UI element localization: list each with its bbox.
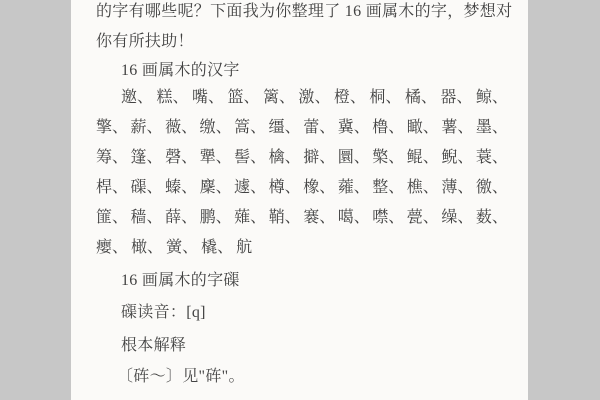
hanzi: 器 xyxy=(440,89,456,106)
hanzi-item: 遽、 xyxy=(234,178,266,198)
enumeration-comma: 、 xyxy=(285,179,301,196)
enumeration-comma: 、 xyxy=(457,209,473,226)
hanzi: 樵 xyxy=(407,179,423,196)
hanzi-item: 橇、 xyxy=(201,238,233,258)
hanzi: 桐 xyxy=(369,89,385,106)
enumeration-comma: 、 xyxy=(423,209,439,226)
hanzi: 橇 xyxy=(201,239,217,256)
enumeration-comma: 、 xyxy=(492,149,508,166)
hanzi: 磬 xyxy=(165,149,181,166)
hanzi: 蕹 xyxy=(338,179,354,196)
hanzi-item: 鞘、 xyxy=(269,208,301,228)
enumeration-comma: 、 xyxy=(147,179,163,196)
hanzi: 橙 xyxy=(334,89,350,106)
hanzi-item: 擗、 xyxy=(303,148,335,168)
hanzi-item: 糕、 xyxy=(156,88,188,108)
section-heading-qu-character: 16 画属木的字磲 xyxy=(121,271,508,291)
enumeration-comma: 、 xyxy=(314,89,330,106)
hanzi: 鲵 xyxy=(441,149,457,166)
hanzi-item: 甍、 xyxy=(407,208,439,228)
hanzi-item: 篷、 xyxy=(131,148,163,168)
hanzi-item: 缴、 xyxy=(200,118,232,138)
enumeration-comma: 、 xyxy=(388,149,404,166)
hanzi: 航 xyxy=(236,239,252,256)
hanzi: 篷 xyxy=(131,149,147,166)
hanzi: 樽 xyxy=(269,179,285,196)
enumeration-comma: 、 xyxy=(250,149,266,166)
enumeration-comma: 、 xyxy=(250,209,266,226)
hanzi-item: 瘿、 xyxy=(96,238,128,258)
hanzi-item: 樽、 xyxy=(269,178,301,198)
hanzi: 筹 xyxy=(96,149,112,166)
enumeration-comma: 、 xyxy=(492,119,508,136)
enumeration-comma: 、 xyxy=(423,179,439,196)
hanzi-item: 桿、 xyxy=(96,178,128,198)
enumeration-comma: 、 xyxy=(423,149,439,166)
enumeration-comma: 、 xyxy=(279,89,295,106)
hanzi: 螓 xyxy=(165,179,181,196)
intro-line-1: 的字有哪些呢？下面我为你整理了 16 画属木的字，梦想对 xyxy=(96,2,508,22)
enumeration-comma: 、 xyxy=(457,179,473,196)
enumeration-comma: 、 xyxy=(457,119,473,136)
hanzi: 檠 xyxy=(372,149,388,166)
hanzi-item: 螓、 xyxy=(165,178,197,198)
hanzi: 缰 xyxy=(269,119,285,136)
hanzi-item: 圜、 xyxy=(338,148,370,168)
hanzi: 橹 xyxy=(372,119,388,136)
hanzi: 糕 xyxy=(156,89,172,106)
enumeration-comma: 、 xyxy=(457,149,473,166)
enumeration-comma: 、 xyxy=(250,179,266,196)
hanzi: 甍 xyxy=(407,209,423,226)
hanzi: 蕾 xyxy=(303,119,319,136)
hanzi-item: 篚、 xyxy=(96,208,128,228)
enumeration-comma: 、 xyxy=(216,179,232,196)
hanzi: 篱 xyxy=(263,89,279,106)
hanzi: 麇 xyxy=(200,179,216,196)
enumeration-comma: 、 xyxy=(354,149,370,166)
hanzi-item: 薛、 xyxy=(165,208,197,228)
hanzi: 薛 xyxy=(165,209,181,226)
hanzi-item: 冀、 xyxy=(338,118,370,138)
enumeration-comma: 、 xyxy=(319,209,335,226)
enumeration-comma: 、 xyxy=(181,119,197,136)
hanzi-item: 缰、 xyxy=(269,118,301,138)
hanzi: 嘴 xyxy=(192,89,208,106)
enumeration-comma: 、 xyxy=(147,239,163,256)
hanzi: 薪 xyxy=(131,119,147,136)
hanzi: 擎 xyxy=(96,119,112,136)
enumeration-comma: 、 xyxy=(112,239,128,256)
enumeration-comma: 、 xyxy=(216,149,232,166)
enumeration-comma: 、 xyxy=(216,119,232,136)
hanzi-item: 徼、 xyxy=(476,178,508,198)
hanzi-item: 麇、 xyxy=(200,178,232,198)
hanzi-item: 蕹、 xyxy=(338,178,370,198)
hanzi-item: 薯、 xyxy=(441,118,473,138)
section-heading-hanzi-list: 16 画属木的汉字 xyxy=(121,61,508,81)
hanzi: 檎 xyxy=(269,149,285,166)
hanzi: 薄 xyxy=(441,179,457,196)
hanzi: 缲 xyxy=(441,209,457,226)
enumeration-comma: 、 xyxy=(319,179,335,196)
enumeration-comma: 、 xyxy=(182,239,198,256)
enumeration-comma: 、 xyxy=(243,89,259,106)
definition-line: 〔砗～〕见"砗"。 xyxy=(117,367,529,387)
hanzi: 犟 xyxy=(200,149,216,166)
enumeration-comma: 、 xyxy=(181,179,197,196)
hanzi: 橄 xyxy=(131,239,147,256)
hanzi-item: 薪、 xyxy=(131,118,163,138)
hanzi-item: 薇、 xyxy=(165,118,197,138)
hanzi: 徼 xyxy=(476,179,492,196)
hanzi-item: 筹、 xyxy=(96,148,128,168)
enumeration-comma: 、 xyxy=(388,179,404,196)
enumeration-comma: 、 xyxy=(492,179,508,196)
hanzi-item: 擎、 xyxy=(96,118,128,138)
hanzi: 薯 xyxy=(441,119,457,136)
hanzi-item: 航 xyxy=(236,238,252,258)
hanzi: 鲸 xyxy=(476,89,492,106)
hanzi-item: 檠、 xyxy=(372,148,404,168)
enumeration-comma: 、 xyxy=(388,119,404,136)
hanzi: 篮 xyxy=(227,89,243,106)
hanzi: 褰 xyxy=(303,209,319,226)
enumeration-comma: 、 xyxy=(285,119,301,136)
enumeration-comma: 、 xyxy=(147,209,163,226)
hanzi-item: 鹏、 xyxy=(200,208,232,228)
hanzi-item: 橡、 xyxy=(303,178,335,198)
enumeration-comma: 、 xyxy=(112,119,128,136)
enumeration-comma: 、 xyxy=(173,89,189,106)
hanzi: 缴 xyxy=(200,119,216,136)
hanzi: 磲 xyxy=(131,179,147,196)
hanzi: 瘿 xyxy=(96,239,112,256)
enumeration-comma: 、 xyxy=(217,239,233,256)
hanzi: 圜 xyxy=(338,149,354,166)
hanzi-item: 鲸、 xyxy=(476,88,508,108)
enumeration-comma: 、 xyxy=(147,149,163,166)
hanzi-item: 篱、 xyxy=(263,88,295,108)
enumeration-comma: 、 xyxy=(350,89,366,106)
hanzi-item: 橙、 xyxy=(334,88,366,108)
hanzi-item: 邀、 xyxy=(121,88,153,108)
hanzi: 黉 xyxy=(166,239,182,256)
hanzi: 邀 xyxy=(121,89,137,106)
hanzi-item: 黉、 xyxy=(166,238,198,258)
enumeration-comma: 、 xyxy=(319,119,335,136)
enumeration-comma: 、 xyxy=(112,149,128,166)
hanzi-item: 蓑、 xyxy=(476,148,508,168)
hanzi-item: 鲲、 xyxy=(407,148,439,168)
enumeration-comma: 、 xyxy=(216,209,232,226)
enumeration-comma: 、 xyxy=(112,209,128,226)
hanzi-item: 穑、 xyxy=(131,208,163,228)
hanzi-item: 瞰、 xyxy=(407,118,439,138)
hanzi: 遽 xyxy=(234,179,250,196)
hanzi-item: 篙、 xyxy=(234,118,266,138)
char-row: 邀、糕、嘴、篮、篱、激、橙、桐、橘、器、鲸、 xyxy=(121,88,508,108)
enumeration-comma: 、 xyxy=(354,119,370,136)
enumeration-comma: 、 xyxy=(137,89,153,106)
hanzi: 墨 xyxy=(476,119,492,136)
char-row: 篚、穑、薛、鹏、薙、鞘、褰、噶、噤、甍、缲、薮、 xyxy=(96,208,508,228)
enumeration-comma: 、 xyxy=(385,89,401,106)
hanzi-item: 薄、 xyxy=(441,178,473,198)
hanzi: 噤 xyxy=(372,209,388,226)
hanzi-item: 樵、 xyxy=(407,178,439,198)
enumeration-comma: 、 xyxy=(181,209,197,226)
enumeration-comma: 、 xyxy=(181,149,197,166)
enumeration-comma: 、 xyxy=(423,119,439,136)
hanzi-item: 整、 xyxy=(372,178,404,198)
hanzi-item: 蕾、 xyxy=(303,118,335,138)
enumeration-comma: 、 xyxy=(285,209,301,226)
hanzi: 冀 xyxy=(338,119,354,136)
hanzi: 蓑 xyxy=(476,149,492,166)
hanzi: 瞰 xyxy=(407,119,423,136)
hanzi: 篚 xyxy=(96,209,112,226)
char-row: 筹、篷、磬、犟、髻、檎、擗、圜、檠、鲲、鲵、蓑、 xyxy=(96,148,508,168)
hanzi-item: 犟、 xyxy=(200,148,232,168)
hanzi-item: 褰、 xyxy=(303,208,335,228)
enumeration-comma: 、 xyxy=(147,119,163,136)
hanzi-item: 橹、 xyxy=(372,118,404,138)
hanzi: 穑 xyxy=(131,209,147,226)
enumeration-comma: 、 xyxy=(492,89,508,106)
hanzi-item: 缲、 xyxy=(441,208,473,228)
hanzi-item: 橘、 xyxy=(405,88,437,108)
enumeration-comma: 、 xyxy=(250,119,266,136)
enumeration-comma: 、 xyxy=(492,209,508,226)
enumeration-comma: 、 xyxy=(112,179,128,196)
hanzi: 橘 xyxy=(405,89,421,106)
enumeration-comma: 、 xyxy=(354,179,370,196)
hanzi-item: 磲、 xyxy=(131,178,163,198)
hanzi-item: 噶、 xyxy=(338,208,370,228)
hanzi: 桿 xyxy=(96,179,112,196)
hanzi-item: 檎、 xyxy=(269,148,301,168)
hanzi-item: 鲵、 xyxy=(441,148,473,168)
enumeration-comma: 、 xyxy=(208,89,224,106)
char-row: 擎、薪、薇、缴、篙、缰、蕾、冀、橹、瞰、薯、墨、 xyxy=(96,118,508,138)
hanzi: 整 xyxy=(372,179,388,196)
hanzi: 鲲 xyxy=(407,149,423,166)
enumeration-comma: 、 xyxy=(319,149,335,166)
hanzi: 篙 xyxy=(234,119,250,136)
enumeration-comma: 、 xyxy=(421,89,437,106)
char-row: 桿、磲、螓、麇、遽、樽、橡、蕹、整、樵、薄、徼、 xyxy=(96,178,508,198)
hanzi: 薮 xyxy=(476,209,492,226)
hanzi-item: 髻、 xyxy=(234,148,266,168)
hanzi-item: 磬、 xyxy=(165,148,197,168)
hanzi-item: 薙、 xyxy=(234,208,266,228)
hanzi: 擗 xyxy=(303,149,319,166)
hanzi-item: 橄、 xyxy=(131,238,163,258)
enumeration-comma: 、 xyxy=(456,89,472,106)
hanzi: 薙 xyxy=(234,209,250,226)
hanzi-item: 篮、 xyxy=(227,88,259,108)
char-row: 瘿、橄、黉、橇、航 xyxy=(96,238,508,258)
definition-heading: 根本解释 xyxy=(121,336,508,356)
hanzi: 髻 xyxy=(234,149,250,166)
hanzi: 鞘 xyxy=(269,209,285,226)
hanzi-item: 器、 xyxy=(440,88,472,108)
enumeration-comma: 、 xyxy=(285,149,301,166)
pronunciation-line: 磲读音：[q] xyxy=(121,303,508,323)
hanzi-item: 墨、 xyxy=(476,118,508,138)
enumeration-comma: 、 xyxy=(388,209,404,226)
hanzi-item: 薮、 xyxy=(476,208,508,228)
hanzi: 鹏 xyxy=(200,209,216,226)
document-page: 的字有哪些呢？下面我为你整理了 16 画属木的字，梦想对 你有所扶助！ 16 画… xyxy=(71,0,528,400)
hanzi: 噶 xyxy=(338,209,354,226)
hanzi-item: 嘴、 xyxy=(192,88,224,108)
hanzi: 激 xyxy=(298,89,314,106)
enumeration-comma: 、 xyxy=(354,209,370,226)
hanzi-item: 噤、 xyxy=(372,208,404,228)
hanzi: 橡 xyxy=(303,179,319,196)
hanzi: 薇 xyxy=(165,119,181,136)
hanzi-item: 桐、 xyxy=(369,88,401,108)
intro-line-2: 你有所扶助！ xyxy=(96,32,508,52)
hanzi-item: 激、 xyxy=(298,88,330,108)
